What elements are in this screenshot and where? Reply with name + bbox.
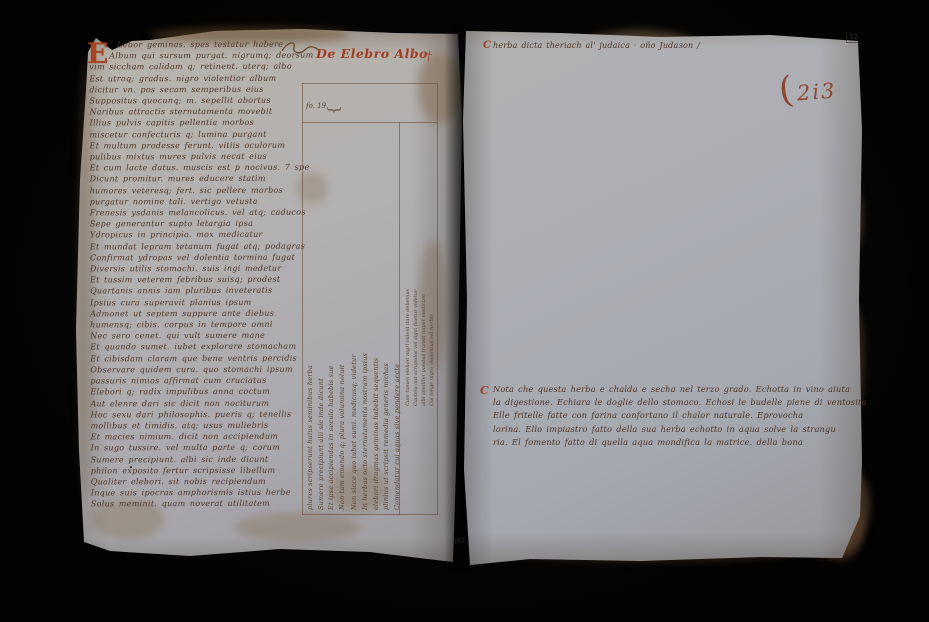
manuscript-line: Frenesis ysdanis melancolicus. vel atq; …: [90, 207, 322, 219]
manuscript-line: dicitur vn. pos secam semperibus eius: [89, 83, 321, 95]
manuscript-line: In herbas octo sternutamenta nostram ips…: [360, 134, 371, 510]
ruling-line: [302, 122, 437, 123]
folio-reference-note: fo. 19: [306, 102, 326, 110]
manuscript-line: Diversis utilis stomachi. suis ingi mede…: [90, 263, 322, 275]
manuscript-line: Et cibisdam claram que bene ventris perc…: [90, 352, 322, 364]
manuscript-line: mollibus et timidis. atq; usus muliebris: [91, 420, 323, 432]
manuscript-line: Elle fritelle fatte con farina confortan…: [493, 409, 867, 422]
manuscript-right-page: [452, 26, 868, 570]
manuscript-line: Inque suis ipocras amphorismis istius he…: [91, 487, 323, 499]
manuscript-line: Cui longe nigro violentius est herbis: [428, 282, 436, 406]
manuscript-line: plures scripserunt huius seminibus herba: [305, 238, 316, 510]
manuscript-line: ria. El fomento fatto di quella aqua mon…: [493, 436, 867, 449]
manuscript-line: Sumere precipiunt alii sic inde dicunt: [316, 238, 327, 510]
manuscript-line: plinius ut scripsit remedia generis mich…: [381, 134, 392, 510]
manuscript-line: Solus meminit. quam noverat utilitatem: [91, 498, 323, 510]
ruling-line: [302, 514, 437, 515]
manuscript-line: Est utroq; gradus. nigro violentior albu…: [89, 72, 321, 84]
manuscript-line: Hoc sexu dari philosophis. pueris q; ten…: [90, 408, 322, 420]
folio-number: 2i3: [796, 79, 837, 106]
manuscript-line: miscetur confecturis q; lumina purgant: [89, 128, 321, 140]
manuscript-line: Qualiter elebori. sit nobis recipiendum: [91, 476, 323, 488]
manuscript-line: Non sicce quo iubet sumi. medicusq; vide…: [349, 134, 360, 510]
manuscript-line: Quartanis annis iam pluribus inveteratis: [90, 285, 322, 297]
paragraph-mark: C: [483, 40, 491, 51]
manuscript-line: albi similiter pondus transit nuper medi…: [420, 282, 428, 406]
ruling-line: [302, 83, 437, 84]
manuscript-line: Admonet ut septem suppure ante diebus: [90, 307, 322, 319]
manuscript-line: Observare quidem cura. quo stomachi ipsu…: [90, 363, 322, 375]
pencil-foliation: 302: [452, 536, 466, 545]
photo-backdrop: E Lebor geminas. spes testatur habereAlb…: [0, 0, 929, 622]
manuscript-line: Et cum lacte datus. muscis est p nocivus…: [90, 162, 322, 174]
manuscript-line: Ydropicus in principio. mox medicatur: [90, 229, 322, 241]
manuscript-line: Et ipse accipiendas in seculo habebis su…: [326, 238, 337, 510]
rotated-margin-notes: plures scripserunt huius seminibus herba…: [305, 238, 349, 510]
manuscript-line: Sepe generantur supto letargia ipsa: [90, 218, 322, 230]
page-header-line: herba dicta theriach al' judaica · oño J…: [493, 41, 700, 50]
manuscript-line: Suppositus quocunq; m. sepellit abortus: [89, 95, 321, 107]
manuscript-line: Et tussim veterem febribus suisq; prodes…: [90, 274, 322, 286]
manuscript-line: pulibus mixtus mures pulvis necat eius: [90, 151, 322, 163]
manuscript-line: Et macies nimium. dicit non accipiendum: [91, 431, 323, 443]
manuscript-line: Et quando sumet. iubet explorare stomach…: [90, 341, 322, 353]
rotated-margin-notes: Cum tamen elebori nigri vident dare debe…: [404, 282, 437, 406]
ruling-line: [302, 83, 303, 515]
vernacular-note-paragraph: Nota che questa herba e chalda e secha n…: [493, 383, 867, 449]
manuscript-line: Comendatur cui aquas sive pondere accte: [392, 134, 403, 510]
manuscript-line: passuris nimios affirmat cum cruciatus: [90, 375, 322, 387]
manuscript-line: Cautela aut scrupulos vel signi ficetur …: [412, 282, 420, 406]
manuscript-line: In sugo tussire. vel multa parte q; coru…: [91, 442, 323, 454]
manuscript-line: la digestione. Echiara le doglie dello s…: [493, 396, 867, 409]
brace-mark: }: [326, 105, 344, 115]
manuscript-line: Cum tamen elebori nigri vident dare debe…: [404, 282, 412, 406]
manuscript-line: Nota che questa herba e chalda e secha n…: [493, 383, 867, 396]
manuscript-line: Aut elenre dari sic dicit non nociturum: [90, 397, 322, 409]
manuscript-line: Et multum prodesse ferunt. vitiis oculor…: [90, 139, 322, 151]
manuscript-line: Confirmat ydropas vel dolentia tormina f…: [90, 251, 322, 263]
paragraph-mark: C: [480, 384, 489, 397]
manuscript-line: Dicunt promitur. mures educere statim: [90, 173, 322, 185]
main-text-column: Lebor geminas. spes testatur habereAlbum…: [89, 39, 323, 510]
manuscript-line: elebori dragmas geminas habebit sequenti…: [371, 134, 382, 510]
manuscript-line: humores veteresq; fert. sic pellere morb…: [90, 184, 322, 196]
manuscript-line: humensq; cibis. corpus in tempore omni: [90, 319, 322, 331]
chapter-rubric: De Elebro Albo: [316, 46, 428, 61]
corner-number: 12: [846, 33, 860, 43]
rotated-margin-notes: Non sicce quo iubet sumi. medicusq; vide…: [349, 134, 403, 510]
manuscript-line: Illius pulvis capitis pellentia morbos: [89, 117, 321, 129]
ruling-line: [437, 83, 438, 515]
manuscript-line: vim siccham calidam q; retinent. uterq; …: [89, 61, 321, 73]
manuscript-line: Sumere precipiunt. albi sic inde dicunt: [91, 453, 323, 465]
manuscript-line: lorina. Ello impiastro fatto della sua h…: [493, 423, 867, 436]
manuscript-line: Nec sero cenet. qui vult sumere mane: [90, 330, 322, 342]
manuscript-line: Ipsius cura superavit planius ipsum: [90, 296, 322, 308]
manuscript-line: Elebori q; radix impulibus anna coctum: [90, 386, 322, 398]
manuscript-line: philon exposito fertur scripsisse libell…: [91, 464, 323, 476]
manuscript-line: Naribus attractis sternutamenta movebit: [89, 106, 321, 118]
manuscript-line: purgatur nomine tali. vertigo vetusta: [90, 195, 322, 207]
manuscript-line: Non tam emendo q; plura volumina noluit: [337, 238, 348, 510]
manuscript-line: Et mundat lepram tetanum fugat atq; poda…: [90, 240, 322, 252]
